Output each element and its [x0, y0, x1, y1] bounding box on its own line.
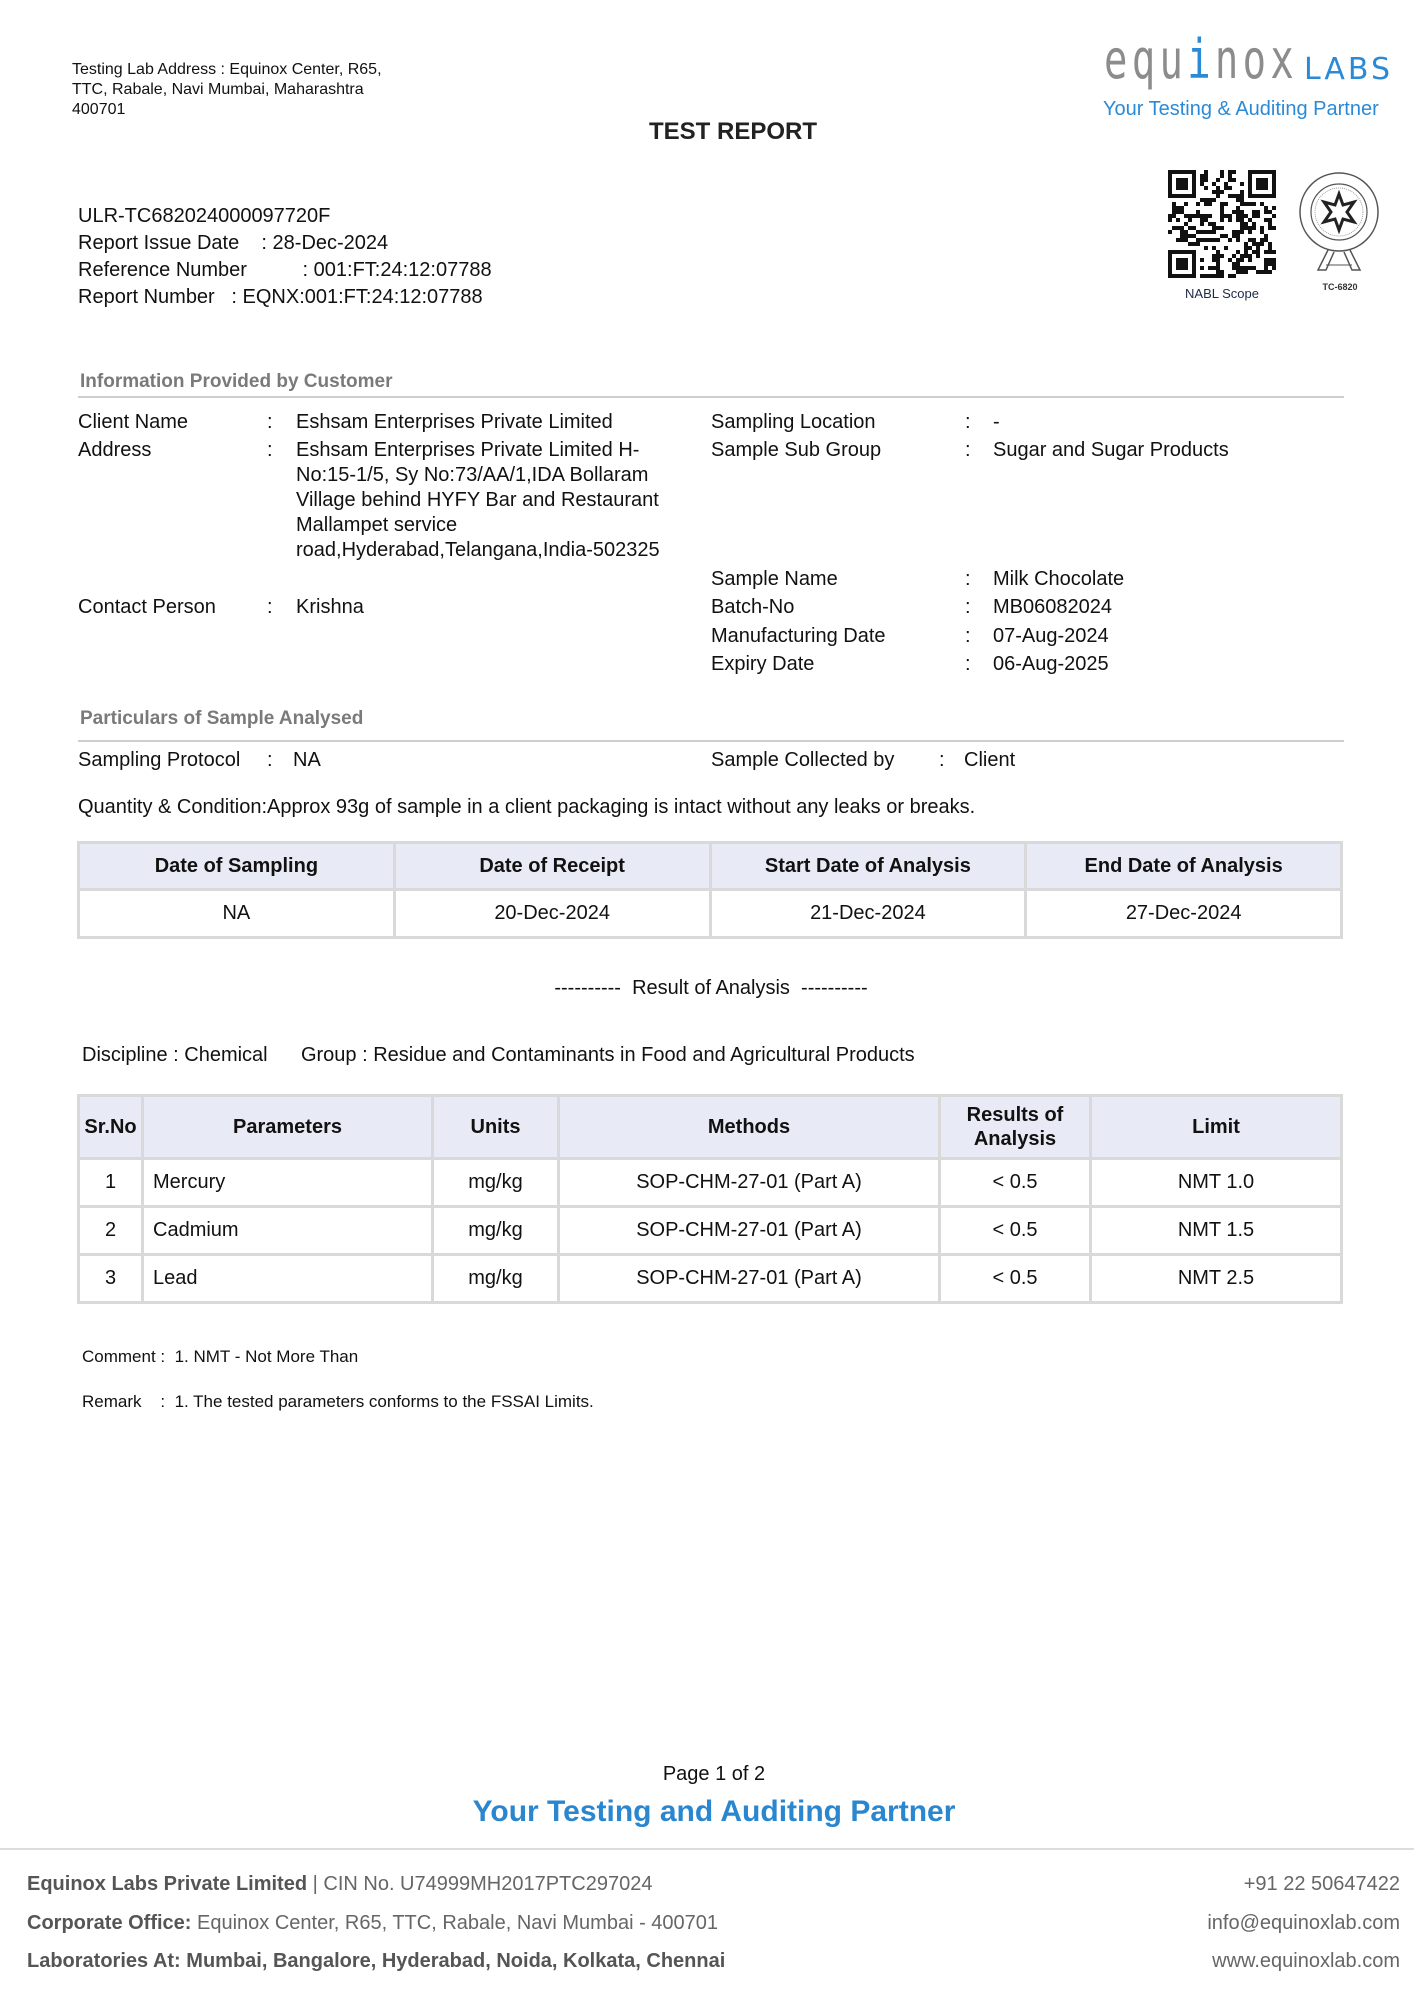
- report-number-row: Report Number : EQNX:001:FT:24:12:07788: [78, 284, 492, 311]
- colon: :: [267, 595, 273, 620]
- sr-no: 3: [79, 1255, 143, 1303]
- sampling-location-label: Sampling Location: [711, 410, 876, 435]
- address-value: Eshsam Enterprises Private Limited H- No…: [296, 438, 660, 563]
- sample-name-label: Sample Name: [711, 567, 838, 592]
- sample-collected-by-label: Sample Collected by: [711, 748, 894, 773]
- method: SOP-CHM-27-01 (Part A): [559, 1255, 940, 1303]
- parameter: Mercury: [143, 1159, 433, 1207]
- address-line: Mallampet service: [296, 513, 660, 538]
- column-header: Start Date of Analysis: [710, 843, 1026, 890]
- manufacturing-date-label: Manufacturing Date: [711, 624, 886, 649]
- colon: :: [965, 410, 971, 435]
- reference-number-row: Reference Number : 001:FT:24:12:07788: [78, 257, 492, 284]
- colon: :: [267, 410, 273, 435]
- colon: :: [965, 567, 971, 592]
- colon: :: [965, 652, 971, 677]
- reference-number-value: 001:FT:24:12:07788: [314, 259, 492, 281]
- remark-value: 1. The tested parameters conforms to the…: [175, 1392, 594, 1411]
- date-of-receipt: 20-Dec-2024: [394, 890, 710, 938]
- client-name-label: Client Name: [78, 410, 188, 435]
- page-title: TEST REPORT: [0, 118, 1414, 146]
- units: mg/kg: [433, 1207, 559, 1255]
- comment-value: 1. NMT - Not More Than: [175, 1347, 359, 1366]
- batch-no-label: Batch-No: [711, 595, 794, 620]
- company-name: Equinox Labs Private Limited: [27, 1873, 307, 1895]
- remark-label: Remark: [82, 1392, 142, 1411]
- sampling-location-value: -: [993, 410, 1000, 435]
- sample-sub-group-label: Sample Sub Group: [711, 438, 881, 463]
- colon: :: [267, 438, 273, 463]
- report-issue-date-row: Report Issue Date : 28-Dec-2024: [78, 230, 492, 257]
- method: SOP-CHM-27-01 (Part A): [559, 1159, 940, 1207]
- address-line: Village behind HYFY Bar and Restaurant: [296, 488, 660, 513]
- sampling-dates-table: Date of Sampling Date of Receipt Start D…: [77, 841, 1343, 939]
- result: < 0.5: [940, 1255, 1091, 1303]
- reference-number-label: Reference Number: [78, 259, 247, 281]
- column-header-text: Results of Analysis: [955, 1103, 1075, 1151]
- nabl-accreditation-seal-icon: [1296, 170, 1382, 280]
- address-line: Eshsam Enterprises Private Limited H-: [296, 438, 660, 463]
- phone-number[interactable]: +91 22 50647422: [1244, 1873, 1400, 1896]
- column-header: Results of Analysis: [940, 1096, 1091, 1159]
- discipline-group-line: Discipline : Chemical Group : Residue an…: [82, 1044, 915, 1067]
- qr-code-icon[interactable]: [1168, 170, 1276, 278]
- remark-line: Remark : 1. The tested parameters confor…: [82, 1392, 594, 1412]
- column-header: Sr.No: [79, 1096, 143, 1159]
- batch-no-value: MB06082024: [993, 595, 1112, 620]
- end-date-of-analysis: 27-Dec-2024: [1026, 890, 1342, 938]
- colon: :: [267, 748, 273, 773]
- customer-info-left: Client Name : Eshsam Enterprises Private…: [78, 410, 698, 690]
- corporate-office: Corporate Office: Equinox Center, R65, T…: [27, 1912, 718, 1935]
- section-divider: [78, 396, 1344, 398]
- equinox-labs-logo: equinox LABS Your Testing & Auditing Par…: [1100, 28, 1410, 128]
- parameter: Cadmium: [143, 1207, 433, 1255]
- sampling-protocol-row: Sampling Protocol : NA Sample Collected …: [78, 748, 1344, 778]
- table-header-row: Date of Sampling Date of Receipt Start D…: [79, 843, 1342, 890]
- sample-sub-group-value: Sugar and Sugar Products: [993, 438, 1229, 463]
- website-link[interactable]: www.equinoxlab.com: [1212, 1950, 1400, 1973]
- parameter: Lead: [143, 1255, 433, 1303]
- date-of-sampling: NA: [79, 890, 395, 938]
- report-number-label: Report Number: [78, 286, 215, 308]
- corporate-office-label: Corporate Office:: [27, 1912, 191, 1934]
- quantity-condition-label: Quantity & Condition: [78, 796, 261, 818]
- table-header-row: Sr.No Parameters Units Methods Results o…: [79, 1096, 1342, 1159]
- quantity-condition-row: Quantity & Condition:Approx 93g of sampl…: [78, 795, 975, 820]
- table-row: NA 20-Dec-2024 21-Dec-2024 27-Dec-2024: [79, 890, 1342, 938]
- company-info: Equinox Labs Private Limited | CIN No. U…: [27, 1873, 652, 1896]
- sampling-protocol-value: NA: [293, 748, 321, 773]
- lab-address-line: 400701: [72, 100, 452, 120]
- particulars-heading: Particulars of Sample Analysed: [80, 708, 363, 730]
- result: < 0.5: [940, 1207, 1091, 1255]
- start-date-of-analysis: 21-Dec-2024: [710, 890, 1026, 938]
- column-header: Limit: [1091, 1096, 1342, 1159]
- column-header: Date of Sampling: [79, 843, 395, 890]
- corporate-office-address: Equinox Center, R65, TTC, Rabale, Navi M…: [191, 1912, 718, 1934]
- seal-certificate-number: TC-6820: [1300, 282, 1380, 292]
- address-label: Address: [78, 438, 151, 463]
- laboratory-locations: Laboratories At: Mumbai, Bangalore, Hyde…: [27, 1950, 725, 1972]
- table-row: 3 Lead mg/kg SOP-CHM-27-01 (Part A) < 0.…: [79, 1255, 1342, 1303]
- sampling-protocol-label: Sampling Protocol: [78, 748, 240, 773]
- sr-no: 2: [79, 1207, 143, 1255]
- column-header: End Date of Analysis: [1026, 843, 1342, 890]
- client-name-value: Eshsam Enterprises Private Limited: [296, 410, 613, 435]
- discipline-label: Discipline: [82, 1044, 168, 1066]
- report-identifiers: ULR-TC682024000097720F Report Issue Date…: [78, 203, 492, 311]
- column-header: Parameters: [143, 1096, 433, 1159]
- table-row: 2 Cadmium mg/kg SOP-CHM-27-01 (Part A) <…: [79, 1207, 1342, 1255]
- footer-tagline: Your Testing and Auditing Partner: [0, 1795, 1414, 1829]
- page-number: Page 1 of 2: [0, 1763, 1414, 1786]
- expiry-date-value: 06-Aug-2025: [993, 652, 1109, 677]
- contact-person-value: Krishna: [296, 595, 364, 620]
- group-value: Residue and Contaminants in Food and Agr…: [373, 1044, 914, 1066]
- column-header: Date of Receipt: [394, 843, 710, 890]
- sample-name-value: Milk Chocolate: [993, 567, 1124, 592]
- limit: NMT 2.5: [1091, 1255, 1342, 1303]
- table-row: 1 Mercury mg/kg SOP-CHM-27-01 (Part A) <…: [79, 1159, 1342, 1207]
- result: < 0.5: [940, 1159, 1091, 1207]
- discipline-value: Chemical: [184, 1044, 267, 1066]
- expiry-date-label: Expiry Date: [711, 652, 814, 677]
- units: mg/kg: [433, 1255, 559, 1303]
- customer-info-right: Sampling Location : - Sample Sub Group :…: [711, 410, 1341, 690]
- nabl-scope-label: NABL Scope: [1158, 286, 1286, 301]
- comment-label: Comment: [82, 1347, 156, 1366]
- sample-collected-by-value: Client: [964, 748, 1015, 773]
- results-table: Sr.No Parameters Units Methods Results o…: [77, 1094, 1343, 1304]
- address-line: road,Hyderabad,Telangana,India-502325: [296, 538, 660, 563]
- units: mg/kg: [433, 1159, 559, 1207]
- section-divider: [78, 740, 1344, 742]
- footer-divider: [0, 1848, 1414, 1850]
- report-number-value: EQNX:001:FT:24:12:07788: [243, 286, 483, 308]
- colon: :: [965, 624, 971, 649]
- testing-lab-address: Testing Lab Address : Equinox Center, R6…: [72, 60, 452, 120]
- quantity-condition-value: Approx 93g of sample in a client packagi…: [267, 796, 975, 818]
- lab-address-line: Testing Lab Address : Equinox Center, R6…: [72, 60, 452, 80]
- issue-date-value: 28-Dec-2024: [273, 232, 389, 254]
- limit: NMT 1.5: [1091, 1207, 1342, 1255]
- cin-number: | CIN No. U74999MH2017PTC297024: [307, 1873, 652, 1895]
- customer-info-heading: Information Provided by Customer: [80, 371, 392, 393]
- result-of-analysis-heading: ---------- Result of Analysis ----------: [0, 977, 1414, 1000]
- email-link[interactable]: info@equinoxlab.com: [1207, 1912, 1400, 1935]
- colon: :: [965, 595, 971, 620]
- manufacturing-date-value: 07-Aug-2024: [993, 624, 1109, 649]
- column-header: Units: [433, 1096, 559, 1159]
- comment-line: Comment : 1. NMT - Not More Than: [82, 1347, 358, 1367]
- contact-person-label: Contact Person: [78, 595, 216, 620]
- method: SOP-CHM-27-01 (Part A): [559, 1207, 940, 1255]
- colon: :: [939, 748, 945, 773]
- issue-date-label: Report Issue Date: [78, 232, 239, 254]
- group-label: Group: [301, 1044, 357, 1066]
- sr-no: 1: [79, 1159, 143, 1207]
- laboratories: Laboratories At: Mumbai, Bangalore, Hyde…: [27, 1950, 725, 1973]
- colon: :: [965, 438, 971, 463]
- address-line: No:15-1/5, Sy No:73/AA/1,IDA Bollaram: [296, 463, 660, 488]
- logo-labs-text: LABS: [1304, 52, 1393, 87]
- column-header: Methods: [559, 1096, 940, 1159]
- limit: NMT 1.0: [1091, 1159, 1342, 1207]
- logo-wordmark: equinox: [1104, 28, 1298, 92]
- ulr-number: ULR-TC682024000097720F: [78, 203, 492, 230]
- lab-address-line: TTC, Rabale, Navi Mumbai, Maharashtra: [72, 80, 452, 100]
